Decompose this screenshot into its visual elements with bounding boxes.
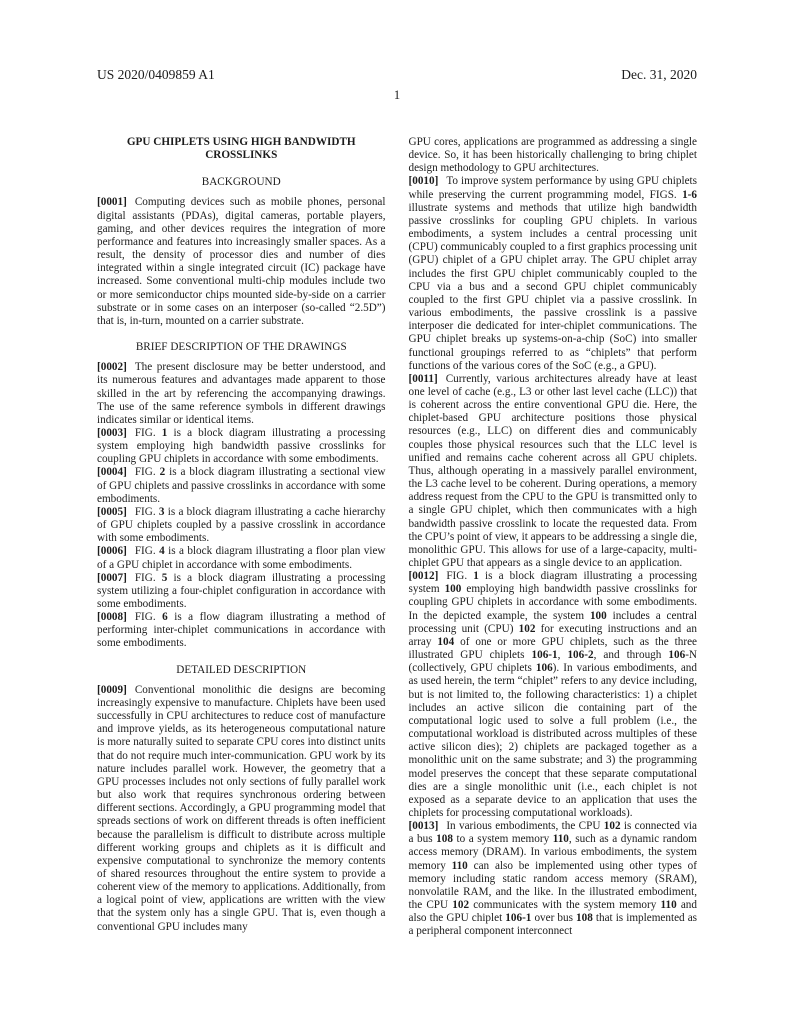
section-heading-drawings: BRIEF DESCRIPTION OF THE DRAWINGS xyxy=(97,341,386,354)
right-column: GPU cores, applications are programmed a… xyxy=(409,136,698,939)
page-number: 1 xyxy=(97,88,697,103)
paragraph-label: [0005] xyxy=(97,506,127,518)
paragraph-0010: [0010]To improve system performance by u… xyxy=(409,175,698,372)
paragraph-text: Computing devices such as mobile phones,… xyxy=(97,196,386,326)
paragraph-label: [0010] xyxy=(409,175,439,187)
paragraph-text: GPU cores, applications are programmed a… xyxy=(409,136,698,174)
paragraph-text: FIG. 6 is a flow diagram illustrating a … xyxy=(97,611,386,649)
paragraph-0009-continuation: GPU cores, applications are programmed a… xyxy=(409,136,698,175)
paragraph-0012: [0012]FIG. 1 is a block diagram illustra… xyxy=(409,570,698,820)
paragraph-0004: [0004]FIG. 2 is a block diagram illustra… xyxy=(97,466,386,505)
paragraph-text: FIG. 1 is a block diagram illustrating a… xyxy=(97,427,386,465)
paragraph-text: To improve system performance by using G… xyxy=(409,175,698,371)
paragraph-label: [0002] xyxy=(97,361,127,373)
paragraph-0008: [0008]FIG. 6 is a flow diagram illustrat… xyxy=(97,611,386,650)
paragraph-text: Currently, various architectures already… xyxy=(409,373,698,569)
paragraph-0011: [0011]Currently, various architectures a… xyxy=(409,373,698,570)
paragraph-0006: [0006]FIG. 4 is a block diagram illustra… xyxy=(97,545,386,571)
paragraph-0007: [0007]FIG. 5 is a block diagram illustra… xyxy=(97,572,386,611)
paragraph-0013: [0013]In various embodiments, the CPU 10… xyxy=(409,820,698,938)
paragraph-text: The present disclosure may be better und… xyxy=(97,361,386,426)
paragraph-text: FIG. 3 is a block diagram illustrating a… xyxy=(97,506,386,544)
paragraph-label: [0013] xyxy=(409,820,439,832)
paragraph-text: FIG. 2 is a block diagram illustrating a… xyxy=(97,466,386,504)
paragraph-text: Conventional monolithic die designs are … xyxy=(97,684,386,933)
paragraph-label: [0003] xyxy=(97,427,127,439)
paragraph-label: [0011] xyxy=(409,373,438,385)
paragraph-0005: [0005]FIG. 3 is a block diagram illustra… xyxy=(97,506,386,545)
paragraph-text: In various embodiments, the CPU 102 is c… xyxy=(409,820,698,937)
document-title: GPU CHIPLETS USING HIGH BANDWIDTH CROSSL… xyxy=(103,136,380,162)
paragraph-label: [0007] xyxy=(97,572,127,584)
paragraph-0003: [0003]FIG. 1 is a block diagram illustra… xyxy=(97,427,386,466)
paragraph-label: [0008] xyxy=(97,611,127,623)
paragraph-text: FIG. 5 is a block diagram illustrating a… xyxy=(97,572,386,610)
left-column: GPU CHIPLETS USING HIGH BANDWIDTH CROSSL… xyxy=(97,136,386,939)
publication-date: Dec. 31, 2020 xyxy=(621,67,697,83)
publication-number: US 2020/0409859 A1 xyxy=(97,67,215,83)
text-columns: GPU CHIPLETS USING HIGH BANDWIDTH CROSSL… xyxy=(97,136,697,939)
paragraph-label: [0012] xyxy=(409,570,439,582)
section-heading-detailed-description: DETAILED DESCRIPTION xyxy=(97,664,386,677)
page-header: US 2020/0409859 A1 Dec. 31, 2020 xyxy=(97,67,697,83)
paragraph-text: FIG. 4 is a block diagram illustrating a… xyxy=(97,545,386,570)
section-heading-background: BACKGROUND xyxy=(97,176,386,189)
patent-page: US 2020/0409859 A1 Dec. 31, 2020 1 GPU C… xyxy=(0,0,794,1024)
paragraph-0009: [0009]Conventional monolithic die design… xyxy=(97,684,386,934)
paragraph-label: [0009] xyxy=(97,684,127,696)
paragraph-text: FIG. 1 is a block diagram illustrating a… xyxy=(409,570,698,819)
paragraph-label: [0004] xyxy=(97,466,127,478)
paragraph-0001: [0001]Computing devices such as mobile p… xyxy=(97,196,386,328)
paragraph-label: [0006] xyxy=(97,545,127,557)
paragraph-0002: [0002]The present disclosure may be bett… xyxy=(97,361,386,427)
paragraph-label: [0001] xyxy=(97,196,127,208)
